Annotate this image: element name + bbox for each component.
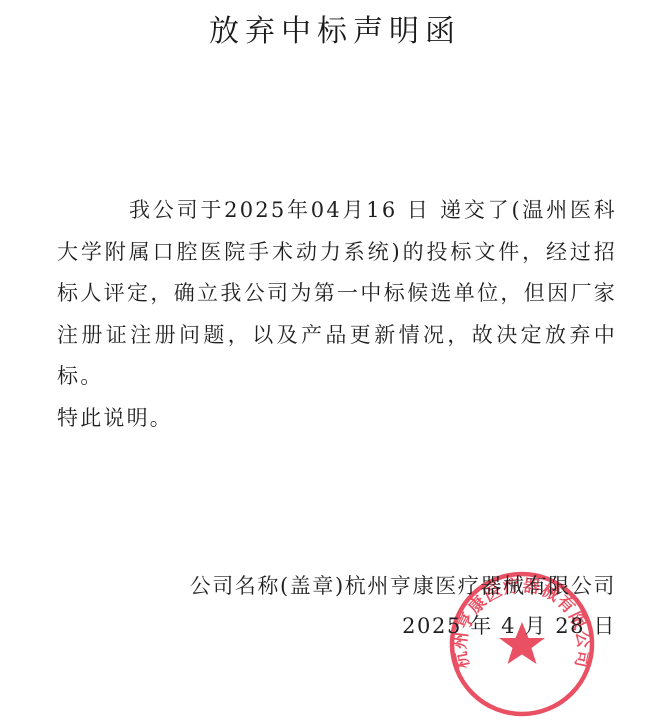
closing-paragraph: 特此说明。 (57, 398, 617, 440)
date-line: 2025 年 4 月 28 日 (190, 606, 616, 646)
document-title: 放弃中标声明函 (0, 10, 670, 54)
signature-block: 公司名称(盖章)杭州亨康医疗器械有限公司 2025 年 4 月 28 日 (190, 566, 616, 646)
document-body: 我公司于2025年04月16 日 递交了(温州医科大学附属口腔医院手术动力系统)… (57, 190, 617, 439)
company-name-line: 公司名称(盖章)杭州亨康医疗器械有限公司 (190, 566, 616, 606)
main-paragraph: 我公司于2025年04月16 日 递交了(温州医科大学附属口腔医院手术动力系统)… (57, 190, 617, 398)
